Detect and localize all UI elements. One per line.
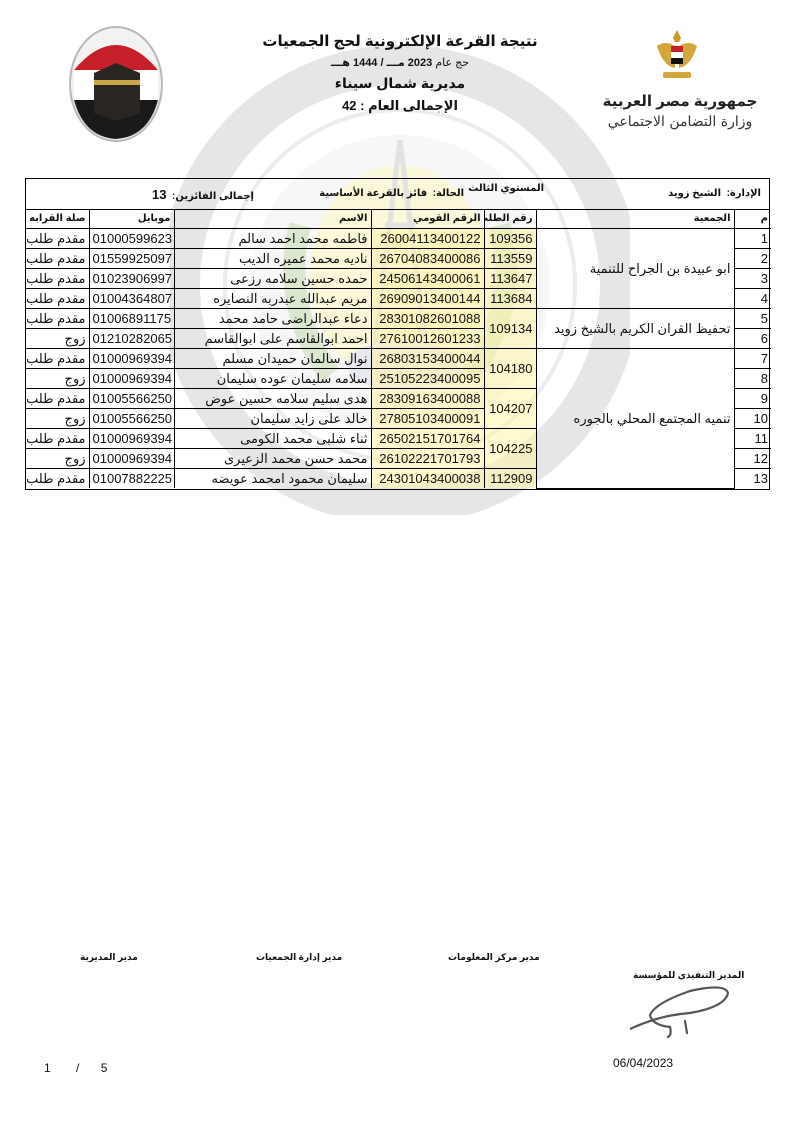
row-index: 11 — [734, 429, 771, 449]
mobile-number: 01559925097 — [89, 249, 174, 269]
relation: مقدم طلب — [26, 269, 89, 289]
national-id: 26502151701764 — [371, 429, 484, 449]
col-relation-header: صلة القرابه — [26, 210, 89, 229]
person-name: سلامه سليمان عوده سليمان — [174, 369, 371, 389]
row-index: 10 — [734, 409, 771, 429]
request-id: 112909 — [484, 469, 536, 489]
request-id: 113647 — [484, 269, 536, 289]
sig-directorate: مدير المديرية — [80, 952, 138, 963]
row-index: 13 — [734, 469, 771, 489]
egypt-eagle-emblem — [655, 28, 699, 84]
directorate-name: مديرية شمال سيناء — [250, 75, 550, 92]
national-id: 25105223400095 — [371, 369, 484, 389]
table-body: 1ابو عبيدة بن الجراح للتنمية109356260041… — [26, 229, 771, 489]
row-index: 5 — [734, 309, 771, 329]
row-index: 1 — [734, 229, 771, 249]
request-id: 113684 — [484, 289, 536, 309]
request-id: 104225 — [484, 429, 536, 469]
national-id: 24301043400038 — [371, 469, 484, 489]
person-name: مريم عبدالله عبدربه النصايره — [174, 289, 371, 309]
national-id: 28309163400088 — [371, 389, 484, 409]
page-indicator: 1 / 5 — [44, 1061, 107, 1075]
mobile-number: 01005566250 — [89, 389, 174, 409]
relation: مقدم طلب — [26, 229, 89, 249]
mobile-number: 01023906997 — [89, 269, 174, 289]
signature-mark — [630, 985, 730, 1040]
national-id: 24506143400061 — [371, 269, 484, 289]
report-title-block: نتيجة القرعة الإلكترونية لحج الجمعيات حج… — [250, 30, 550, 114]
person-name: فاطمه محمد احمد سالم — [174, 229, 371, 249]
association-name: تحفيظ القران الكريم بالشيخ زويد — [536, 309, 734, 349]
row-index: 7 — [734, 349, 771, 369]
person-name: ثناء شلبى محمد الكومى — [174, 429, 371, 449]
table-row: 1ابو عبيدة بن الجراح للتنمية109356260041… — [26, 229, 771, 249]
relation: زوج — [26, 449, 89, 469]
person-name: محمد حسن محمد الزعيرى — [174, 449, 371, 469]
request-id: 109356 — [484, 229, 536, 249]
national-id: 26102221701793 — [371, 449, 484, 469]
relation: مقدم طلب — [26, 469, 89, 489]
national-id: 27610012601233 — [371, 329, 484, 349]
mobile-number: 01000969394 — [89, 429, 174, 449]
mobile-number: 01210282065 — [89, 329, 174, 349]
season-line: حج عام 2023 مـــ / 1444 هـــ — [250, 56, 550, 69]
sig-executive: المدير التنفيذي للمؤسسة — [633, 970, 744, 981]
national-id: 26704083400086 — [371, 249, 484, 269]
col-association-header: الجمعية — [536, 210, 734, 229]
report-title: نتيجة القرعة الإلكترونية لحج الجمعيات — [250, 32, 550, 50]
row-index: 8 — [734, 369, 771, 389]
col-request-id-header: رقم الطلب — [484, 210, 536, 229]
mobile-number: 01007882225 — [89, 469, 174, 489]
association-name: تنميه المجتمع المحلي بالجوره — [536, 349, 734, 489]
person-name: دعاء عبدالراضى حامد محمد — [174, 309, 371, 329]
person-name: خالد على زايد سليمان — [174, 409, 371, 429]
level-info: المستوي الثالث — [468, 183, 544, 194]
country-name: جمهورية مصر العربية — [595, 92, 765, 110]
relation: زوج — [26, 369, 89, 389]
grand-total: الإجمالى العام : 42 — [250, 98, 550, 114]
association-name: ابو عبيدة بن الجراح للتنمية — [536, 229, 734, 309]
table-row: 7تنميه المجتمع المحلي بالجوره10418026803… — [26, 349, 771, 369]
mobile-number: 01004364807 — [89, 289, 174, 309]
report-date: 06/04/2023 — [613, 1056, 673, 1070]
ministry-name: وزارة التضامن الاجتماعي — [595, 114, 765, 130]
col-index-header: م — [734, 210, 771, 229]
person-name: احمد ابوالقاسم على ابوالقاسم — [174, 329, 371, 349]
relation: مقدم طلب — [26, 349, 89, 369]
winners-table: الإدارة: الشيخ زويد المستوي الثالث الحال… — [25, 178, 770, 490]
mobile-number: 01000969394 — [89, 349, 174, 369]
mobile-number: 01000599623 — [89, 229, 174, 249]
request-id: 104180 — [484, 349, 536, 389]
hajj-foundation-logo — [68, 25, 164, 143]
person-name: نوال سالمان حميدان مسلم — [174, 349, 371, 369]
relation: مقدم طلب — [26, 249, 89, 269]
col-mobile-header: موبايل — [89, 210, 174, 229]
col-national-id-header: الرقم القومي — [371, 210, 484, 229]
row-index: 6 — [734, 329, 771, 349]
relation: زوج — [26, 409, 89, 429]
col-name-header: الاسم — [174, 210, 371, 229]
request-id: 113559 — [484, 249, 536, 269]
table-header-row: مالجمعيةرقم الطلبالرقم القوميالاسمموبايل… — [26, 210, 771, 229]
national-id: 26004113400122 — [371, 229, 484, 249]
row-index: 4 — [734, 289, 771, 309]
national-id: 27805103400091 — [371, 409, 484, 429]
row-index: 3 — [734, 269, 771, 289]
relation: مقدم طلب — [26, 309, 89, 329]
person-name: سليمان محمود امحمد عويضه — [174, 469, 371, 489]
relation: مقدم طلب — [26, 389, 89, 409]
national-id: 26803153400044 — [371, 349, 484, 369]
mobile-number: 01000969394 — [89, 449, 174, 469]
mobile-number: 01000969394 — [89, 369, 174, 389]
table-info-row: الإدارة: الشيخ زويد المستوي الثالث الحال… — [26, 179, 769, 210]
request-id: 109134 — [484, 309, 536, 349]
relation: مقدم طلب — [26, 289, 89, 309]
national-id: 28301082601088 — [371, 309, 484, 329]
row-index: 9 — [734, 389, 771, 409]
person-name: حمده حسين سلامه رزعى — [174, 269, 371, 289]
relation: زوج — [26, 329, 89, 349]
person-name: ناديه محمد عميره الديب — [174, 249, 371, 269]
status-info: الحالة: فائز بالقرعة الأساسية — [319, 188, 464, 199]
admin-info: الإدارة: الشيخ زويد — [668, 188, 761, 199]
sig-associations: مدير إدارة الجمعيات — [256, 952, 342, 963]
mobile-number: 01005566250 — [89, 409, 174, 429]
person-name: هدى سليم سلامه حسين عوض — [174, 389, 371, 409]
mobile-number: 01006891175 — [89, 309, 174, 329]
row-index: 2 — [734, 249, 771, 269]
government-heading: جمهورية مصر العربية وزارة التضامن الاجتم… — [595, 92, 765, 130]
table-row: 5تحفيظ القران الكريم بالشيخ زويد10913428… — [26, 309, 771, 329]
national-id: 26909013400144 — [371, 289, 484, 309]
relation: مقدم طلب — [26, 429, 89, 449]
sig-info-center: مدير مركز المعلومات — [448, 952, 540, 963]
request-id: 104207 — [484, 389, 536, 429]
row-index: 12 — [734, 449, 771, 469]
results-grid: مالجمعيةرقم الطلبالرقم القوميالاسمموبايل… — [26, 210, 771, 489]
winners-total: إجمالى الفائزين: 13 — [152, 187, 254, 202]
